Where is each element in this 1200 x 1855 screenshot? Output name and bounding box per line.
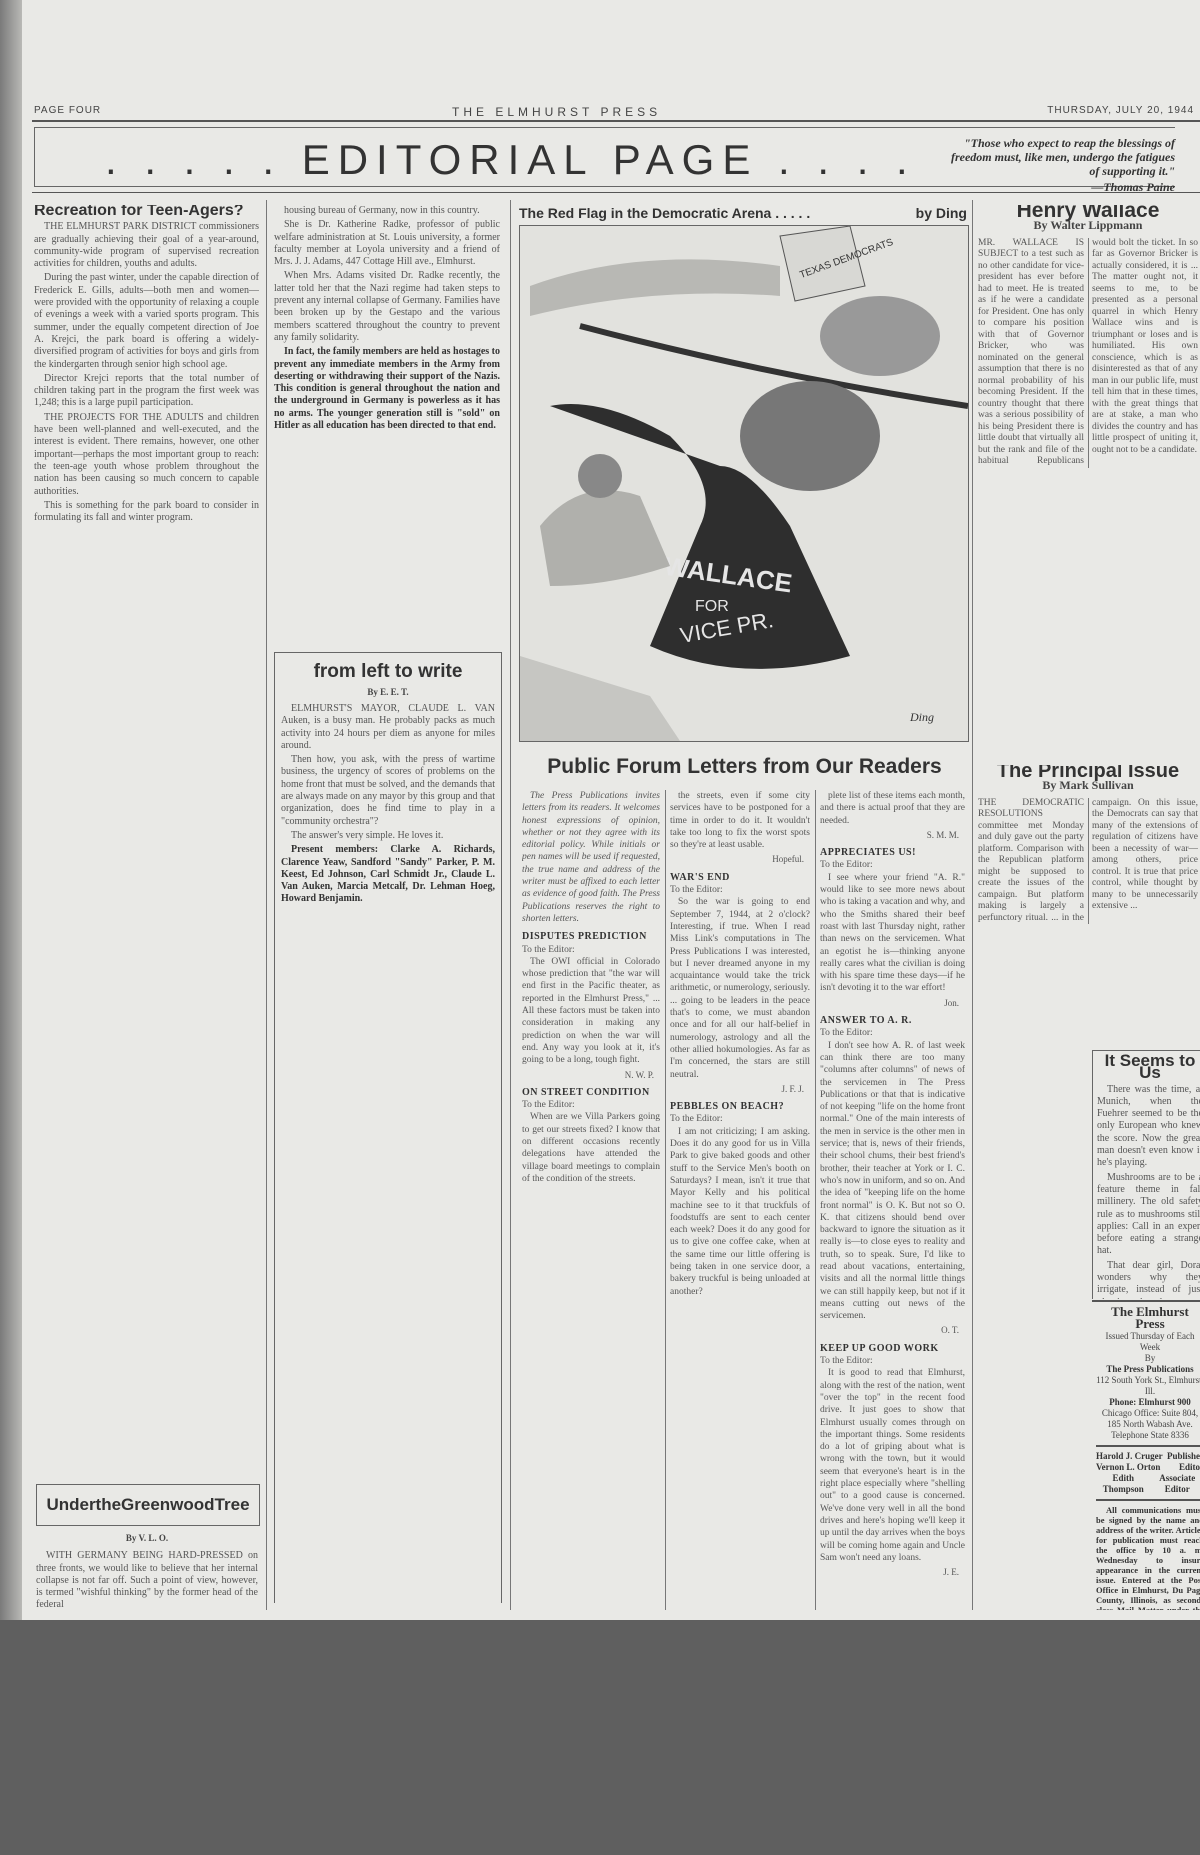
cartoon-illustration-icon: TEXAS DEMOCRATS WALLACE FOR VICE PR. Din… — [520, 226, 968, 741]
forum-column-2: the streets, even if some city services … — [670, 790, 810, 1610]
binding-edge — [0, 0, 22, 1620]
letter-salutation: To the Editor: — [522, 944, 660, 956]
masthead-rule — [1096, 1499, 1200, 1501]
banner-quote: "Those who expect to reap the blessings … — [940, 136, 1175, 194]
staff-row: Edith ThompsonAssociate Editor — [1096, 1473, 1200, 1495]
letter-body: the streets, even if some city services … — [670, 790, 810, 851]
letter-title: APPRECIATES US! — [820, 847, 965, 859]
letter-signature: J. F. J. — [670, 1083, 804, 1095]
staff-row: Harold J. CrugerPublisher — [1096, 1451, 1200, 1462]
letter-signature: Hopeful. — [670, 853, 804, 865]
germany-story: housing bureau of Germany, now in this c… — [274, 205, 500, 635]
masthead-chicago: Chicago Office: Suite 804, — [1096, 1408, 1200, 1419]
letter-title: WAR'S END — [670, 872, 810, 884]
letter-body: plete list of these items each month, an… — [820, 790, 965, 827]
political-cartoon: TEXAS DEMOCRATS WALLACE FOR VICE PR. Din… — [519, 225, 969, 742]
letter-signature: O. T. — [820, 1324, 959, 1336]
letter-signature: S. M. M. — [820, 829, 959, 841]
masthead-by: By — [1096, 1353, 1200, 1364]
wallace-headline: Henry Wallace — [978, 205, 1198, 217]
column-divider — [815, 790, 816, 1610]
left-to-write-headline: from left to write — [275, 661, 501, 683]
paragraph: ELMHURST'S MAYOR, CLAUDE L. VAN Auken, i… — [281, 703, 495, 752]
column-divider — [665, 790, 666, 1610]
item: That dear girl, Dora, wonders why they i… — [1097, 1260, 1200, 1299]
paragraph: This is something for the park board to … — [34, 500, 259, 525]
letter-body: I see where your friend "A. R." would li… — [820, 872, 965, 995]
header-rule — [32, 120, 1200, 122]
paragraph: During the past winter, under the capabl… — [34, 272, 259, 370]
principal-headline: The Principal Issue — [978, 765, 1198, 777]
letter-salutation: To the Editor: — [820, 1355, 965, 1367]
wallace-column: Henry Wallace By Walter Lippmann MR. WAL… — [978, 205, 1198, 750]
letter-body: I don't see how A. R. of last week can t… — [820, 1040, 965, 1323]
letter-body: So the war is going to end September 7, … — [670, 896, 810, 1080]
masthead-rule — [1096, 1445, 1200, 1447]
masthead-issued: Issued Thursday of Each Week — [1096, 1331, 1200, 1353]
paragraph: The answer's very simple. He loves it. — [281, 830, 495, 842]
principal-issue-column: The Principal Issue By Mark Sullivan THE… — [978, 765, 1198, 1035]
quote-text: "Those who expect to reap the blessings … — [940, 136, 1175, 178]
letter-salutation: To the Editor: — [820, 1027, 965, 1039]
column-divider — [510, 200, 511, 1610]
paragraph: She is Dr. Katherine Radke, professor of… — [274, 219, 500, 268]
letter-signature: J. E. — [820, 1566, 959, 1578]
letter-body: It is good to read that Elmhurst, along … — [820, 1367, 965, 1564]
column-divider — [266, 200, 267, 1610]
banner-title: . . . . . EDITORIAL PAGE . . . . — [105, 136, 916, 184]
paragraph: housing bureau of Germany, now in this c… — [274, 205, 500, 217]
letter-salutation: To the Editor: — [670, 884, 810, 896]
letter-salutation: To the Editor: — [522, 1099, 660, 1111]
letter-body: When are we Villa Parkers going to get o… — [522, 1111, 660, 1185]
left-to-write-box: from left to write By E. E. T. ELMHURST'… — [274, 652, 502, 1603]
masthead-telephone: Telephone State 8336 — [1096, 1430, 1200, 1441]
recreation-headline: Recreation for Teen-Agers? — [34, 205, 259, 217]
cartoon-header: The Red Flag in the Democratic Arena . .… — [519, 205, 967, 221]
wallace-byline: By Walter Lippmann — [978, 219, 1198, 231]
staff-row: Vernon L. OrtonEditor — [1096, 1462, 1200, 1473]
svg-text:Ding: Ding — [909, 710, 934, 724]
it-seems-headline: It Seems to Us — [1097, 1055, 1200, 1080]
masthead-chicago-address: 185 North Wabash Ave. — [1096, 1419, 1200, 1430]
page-number: PAGE FOUR — [34, 105, 101, 116]
masthead-notice: All communications must be signed by the… — [1096, 1505, 1200, 1610]
staff-name: Harold J. Cruger — [1096, 1451, 1163, 1462]
staff-role: Editor — [1179, 1462, 1200, 1473]
column-divider — [972, 200, 973, 1610]
greenwood-headline: UndertheGreenwoodTree — [37, 1495, 259, 1515]
letter-title: DISPUTES PREDICTION — [522, 931, 660, 943]
letter-salutation: To the Editor: — [670, 1113, 810, 1125]
forum-column-3: plete list of these items each month, an… — [820, 790, 965, 1610]
masthead-phone: Phone: Elmhurst 900 — [1096, 1397, 1200, 1408]
letter-title: ANSWER TO A. R. — [820, 1015, 965, 1027]
recreation-editorial: Recreation for Teen-Agers? THE ELMHURST … — [34, 205, 259, 1455]
editorial-banner: . . . . . EDITORIAL PAGE . . . . "Those … — [34, 127, 1175, 187]
issue-date: THURSDAY, JULY 20, 1944 — [1047, 105, 1194, 116]
paragraph: THE ELMHURST PARK DISTRICT commissioners… — [34, 221, 259, 270]
letter-title: KEEP UP GOOD WORK — [820, 1343, 965, 1355]
paragraph: When Mrs. Adams visited Dr. Radke recent… — [274, 270, 500, 344]
masthead-title: The Elmhurst Press — [1096, 1306, 1200, 1331]
masthead-box: The Elmhurst Press Issued Thursday of Ea… — [1092, 1300, 1200, 1610]
forum-intro: The Press Publications invites letters f… — [522, 790, 660, 925]
masthead-address: 112 South York St., Elmhurst, Ill. — [1096, 1375, 1200, 1397]
paragraph: WITH GERMANY BEING HARD-PRESSED on three… — [36, 1550, 258, 1610]
letter-signature: N. W. P. — [522, 1069, 654, 1081]
item: Mushrooms are to be a feature theme in f… — [1097, 1172, 1200, 1258]
greenwood-column: By V. L. O. WITH GERMANY BEING HARD-PRES… — [36, 1530, 258, 1610]
paragraph: In fact, the family members are held as … — [274, 346, 500, 432]
letter-body: The OWI official in Colorado whose predi… — [522, 956, 660, 1067]
paper-name: THE ELMHURST PRESS — [452, 105, 661, 119]
it-seems-box: It Seems to Us There was the time, at Mu… — [1092, 1050, 1200, 1299]
item: There was the time, at Munich, when the … — [1097, 1084, 1200, 1170]
forum-column-1: The Press Publications invites letters f… — [522, 790, 660, 1610]
cartoon-headline: The Red Flag in the Democratic Arena . .… — [519, 205, 810, 221]
left-to-write-text: ELMHURST'S MAYOR, CLAUDE L. VAN Auken, i… — [275, 703, 501, 1583]
staff-role: Associate Editor — [1151, 1473, 1200, 1495]
staff-name: Edith Thompson — [1096, 1473, 1151, 1495]
forum-headline: Public Forum Letters from Our Readers — [522, 755, 967, 779]
paragraph: THE PROJECTS FOR THE ADULTS and children… — [34, 412, 259, 498]
letter-salutation: To the Editor: — [820, 859, 965, 871]
principal-text: THE DEMOCRATIC RESOLUTIONS committee met… — [978, 798, 1198, 925]
wallace-text: MR. WALLACE IS SUBJECT to a test such as… — [978, 238, 1198, 468]
cartoon-artist: by Ding — [916, 205, 967, 221]
paragraph: Director Krejci reports that the total n… — [34, 373, 259, 410]
letter-signature: Jon. — [820, 997, 959, 1009]
greenwood-byline: By V. L. O. — [36, 1532, 258, 1544]
left-to-write-byline: By E. E. T. — [275, 687, 501, 697]
masthead-publisher: The Press Publications — [1096, 1364, 1200, 1375]
banner-rule — [32, 192, 1200, 193]
paragraph: Present members: Clarke A. Richards, Cla… — [281, 844, 495, 905]
letter-title: ON STREET CONDITION — [522, 1087, 660, 1099]
letter-body: I am not criticizing; I am asking. Does … — [670, 1126, 810, 1298]
letter-title: PEBBLES ON BEACH? — [670, 1101, 810, 1113]
newspaper-page: PAGE FOUR THE ELMHURST PRESS THURSDAY, J… — [22, 0, 1200, 1620]
greenwood-box: UndertheGreenwoodTree — [36, 1484, 260, 1526]
staff-name: Vernon L. Orton — [1096, 1462, 1160, 1473]
staff-role: Publisher — [1167, 1451, 1200, 1462]
paragraph: Then how, you ask, with the press of war… — [281, 754, 495, 828]
svg-text:FOR: FOR — [695, 598, 729, 615]
